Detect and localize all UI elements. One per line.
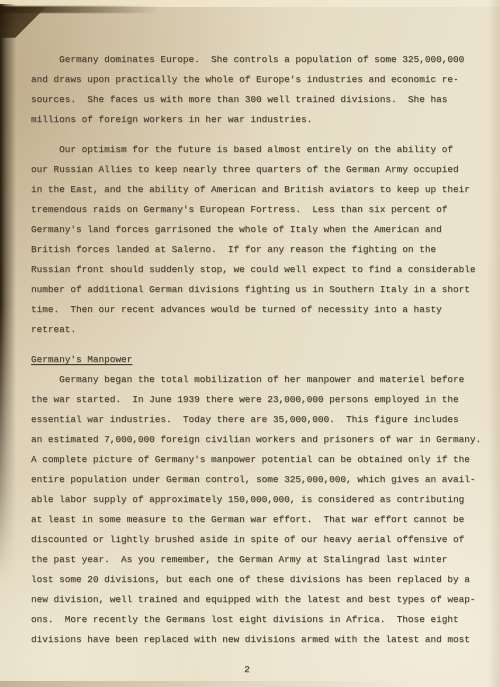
page-content: Germany dominates Europe. She controls a…: [31, 50, 483, 680]
page-left-edge-shadow: [0, 4, 16, 604]
paragraph-germanys-manpower: Germany began the total mobilization of …: [31, 370, 483, 650]
paragraph-germany-dominates: Germany dominates Europe. She controls a…: [31, 50, 483, 130]
section-heading: Germany's Manpower: [31, 350, 483, 370]
scanned-page: Germany dominates Europe. She controls a…: [0, 0, 500, 687]
paragraph-our-optimism: Our optimism for the future is based alm…: [31, 140, 483, 340]
page-right-edge-shade: [488, 0, 500, 687]
page-bottom-edge-shade: [0, 681, 500, 687]
page-number: 2: [31, 660, 463, 680]
